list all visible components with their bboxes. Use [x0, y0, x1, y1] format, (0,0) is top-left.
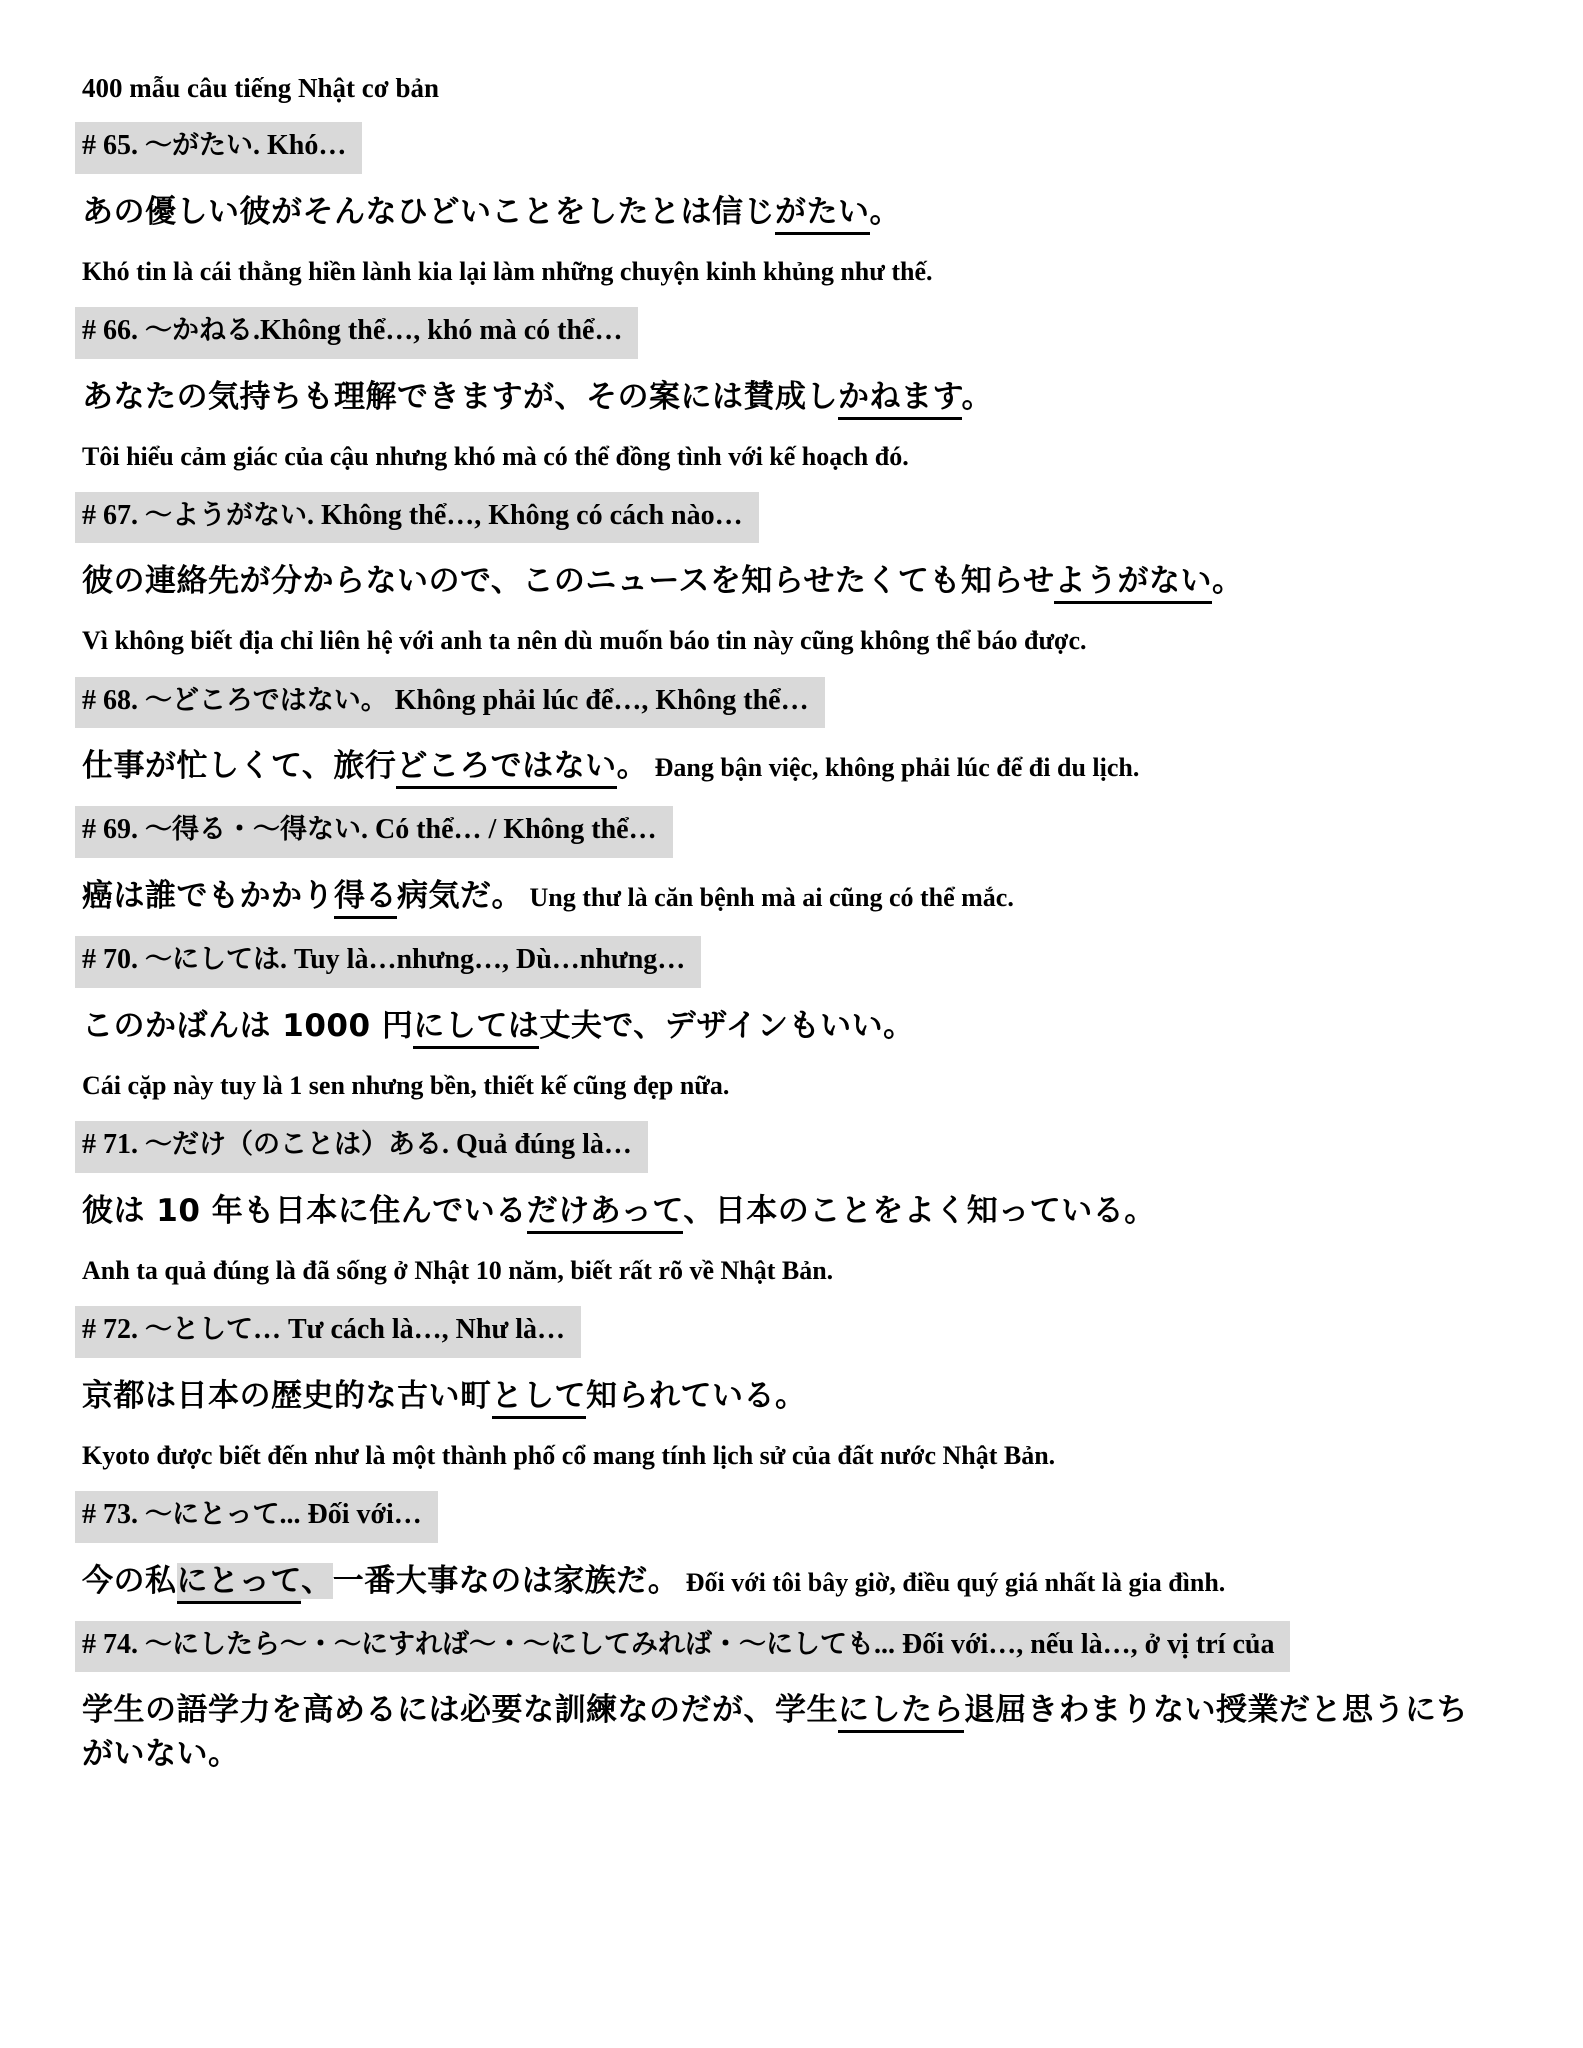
example-text-before-keyword: 彼は 10 年も日本に住んでいる	[82, 1193, 527, 1229]
translation-vietnamese: Anh ta quả đúng là đã sống ở Nhật 10 năm…	[82, 1253, 1483, 1288]
example-sentence: 彼は 10 年も日本に住んでいるだけあって、日本のことをよく知っている。	[82, 1189, 1483, 1233]
entry-header-highlighted: # 68. ～どころではない。 Không phải lúc để…, Khôn…	[75, 677, 825, 729]
entry-header-highlighted: # 69. ～得る・～得ない. Có thể… / Không thể…	[75, 806, 673, 858]
example-text-after-keyword: 、日本のことをよく知っている。	[683, 1193, 1156, 1229]
entry-meaning-vietnamese: . Khó…	[253, 130, 346, 161]
entry-header-highlighted: # 71. ～だけ（のことは）ある. Quả đúng là…	[75, 1121, 648, 1173]
grammar-entry: # 65. ～がたい. Khó… あの優しい彼がそんなひどいことをしたとは信じが…	[82, 122, 1483, 289]
example-text-before-keyword: 学生の語学力を高めるには必要な訓練なのだが、学生	[82, 1692, 838, 1728]
entry-pattern-japanese: ～かねる	[145, 315, 253, 346]
example-keyword-underlined: 得る	[334, 878, 397, 919]
translation-vietnamese: Vì không biết địa chỉ liên hệ với anh ta…	[82, 623, 1483, 658]
entry-meaning-vietnamese: .Không thể…, khó mà có thể…	[253, 315, 622, 346]
entry-pattern-japanese: ～どころではない。	[145, 685, 388, 716]
entry-number: # 66.	[82, 315, 145, 346]
example-text-after-keyword: 。	[870, 194, 902, 230]
example-sentence: あの優しい彼がそんなひどいことをしたとは信じがたい。	[82, 190, 1483, 234]
entry-header-highlighted: # 70. ～にしては. Tuy là…nhưng…, Dù…nhưng…	[75, 936, 701, 988]
entry-meaning-vietnamese: … Tư cách là…, Như là…	[253, 1314, 565, 1345]
entry-header-highlighted: # 65. ～がたい. Khó…	[75, 122, 362, 174]
grammar-entry: # 72. ～として… Tư cách là…, Như là… 京都は日本の歴…	[82, 1306, 1483, 1473]
entry-pattern-japanese: ～ようがない	[145, 500, 307, 531]
example-text-after-keyword: 知られている。	[586, 1378, 807, 1414]
entry-pattern-japanese: ～得る・～得ない	[145, 814, 361, 845]
entry-meaning-vietnamese: . Không thể…, Không có cách nào…	[307, 500, 743, 531]
grammar-entry: # 68. ～どころではない。 Không phải lúc để…, Khôn…	[82, 677, 1483, 789]
entry-number: # 68.	[82, 685, 145, 716]
example-text-before-keyword: あなたの気持ちも理解できますが、その案には賛成し	[82, 379, 838, 415]
grammar-entry: # 70. ～にしては. Tuy là…nhưng…, Dù…nhưng… この…	[82, 936, 1483, 1103]
translation-vietnamese: Cái cặp này tuy là 1 sen nhưng bền, thiế…	[82, 1068, 1483, 1103]
example-highlighted-tail: 、	[301, 1563, 333, 1599]
example-text-after-keyword: 丈夫で、デザインもいい。	[539, 1008, 914, 1044]
example-text-before-keyword: あの優しい彼がそんなひどいことをしたとは信じ	[82, 194, 775, 230]
document-title: 400 mẫu câu tiếng Nhật cơ bản	[82, 70, 1483, 108]
example-text-before-keyword: 癌は誰でもかかり	[82, 878, 334, 914]
example-keyword-underlined: かねます	[838, 379, 962, 420]
example-inline-translation: Ung thư là căn bệnh mà ai cũng có thể mắ…	[523, 883, 1014, 912]
entry-meaning-vietnamese: . Tuy là…nhưng…, Dù…nhưng…	[280, 944, 685, 975]
entry-number: # 74.	[82, 1629, 145, 1660]
example-sentence: 彼の連絡先が分からないので、このニュースを知らせたくても知らせようがない。	[82, 559, 1483, 603]
example-keyword-underlined: として	[492, 1378, 587, 1419]
entry-pattern-japanese: ～だけ（のことは）ある	[145, 1129, 442, 1160]
example-inline-translation: Đối với tôi bây giờ, điều quý giá nhất l…	[679, 1568, 1225, 1597]
example-sentence: 京都は日本の歴史的な古い町として知られている。	[82, 1374, 1483, 1418]
entry-pattern-japanese: ～にとって	[145, 1499, 279, 1530]
example-text-after-keyword: 一番大事なのは家族だ。	[333, 1563, 680, 1599]
entry-meaning-vietnamese: . Có thể… / Không thể…	[361, 814, 657, 845]
example-sentence: このかばんは 1000 円にしては丈夫で、デザインもいい。	[82, 1004, 1483, 1048]
grammar-entry: # 74. ～にしたら～・～にすれば～・～にしてみれば・～にしても... Đối…	[82, 1621, 1483, 1777]
entry-pattern-japanese: ～にしては	[145, 944, 280, 975]
entry-header-highlighted: # 73. ～にとって... Đối với…	[75, 1491, 438, 1543]
entry-header-highlighted: # 67. ～ようがない. Không thể…, Không có cách …	[75, 492, 759, 544]
example-text-after-keyword: 。	[1212, 563, 1244, 599]
grammar-entry-list: # 65. ～がたい. Khó… あの優しい彼がそんなひどいことをしたとは信じが…	[82, 122, 1483, 1777]
entry-meaning-vietnamese: ... Đối với…, nếu là…, ở vị trí của	[874, 1629, 1274, 1660]
entry-header-highlighted: # 72. ～として… Tư cách là…, Như là…	[75, 1306, 581, 1358]
example-sentence: 今の私にとって、一番大事なのは家族だ。 Đối với tôi bây giờ,…	[82, 1559, 1483, 1603]
entry-meaning-vietnamese: ... Đối với…	[279, 1499, 421, 1530]
entry-number: # 67.	[82, 500, 145, 531]
example-sentence: 仕事が忙しくて、旅行どころではない。 Đang bận việc, không …	[82, 744, 1483, 788]
entry-number: # 69.	[82, 814, 145, 845]
example-text-before-keyword: このかばんは 1000 円	[82, 1008, 413, 1044]
example-keyword-underlined: にしたら	[838, 1692, 964, 1733]
entry-number: # 70.	[82, 944, 145, 975]
example-text-after-keyword: 。	[617, 748, 649, 784]
example-text-before-keyword: 今の私	[82, 1563, 177, 1599]
grammar-entry: # 66. ～かねる.Không thể…, khó mà có thể… あな…	[82, 307, 1483, 474]
translation-vietnamese: Kyoto được biết đến như là một thành phố…	[82, 1438, 1483, 1473]
example-text-before-keyword: 仕事が忙しくて、旅行	[82, 748, 396, 784]
example-inline-translation: Đang bận việc, không phải lúc để đi du l…	[648, 753, 1139, 782]
entry-pattern-japanese: ～にしたら～・～にすれば～・～にしてみれば・～にしても	[145, 1629, 874, 1660]
example-text-after-keyword: 病気だ。	[397, 878, 523, 914]
grammar-entry: # 67. ～ようがない. Không thể…, Không có cách …	[82, 492, 1483, 659]
grammar-entry: # 73. ～にとって... Đối với… 今の私にとって、一番大事なのは家…	[82, 1491, 1483, 1603]
example-keyword-underlined: だけあって	[527, 1193, 684, 1234]
example-sentence: あなたの気持ちも理解できますが、その案には賛成しかねます。	[82, 375, 1483, 419]
entry-number: # 72.	[82, 1314, 145, 1345]
example-keyword-underlined: にとって	[177, 1563, 302, 1604]
example-keyword-underlined: にしては	[413, 1008, 539, 1049]
example-sentence: 癌は誰でもかかり得る病気だ。 Ung thư là căn bệnh mà ai…	[82, 874, 1483, 918]
entry-number: # 71.	[82, 1129, 145, 1160]
entry-meaning-vietnamese: . Quả đúng là…	[442, 1129, 632, 1160]
example-sentence: 学生の語学力を高めるには必要な訓練なのだが、学生にしたら退屈きわまりない授業だと…	[82, 1688, 1483, 1776]
entry-number: # 65.	[82, 130, 145, 161]
entry-pattern-japanese: ～として	[145, 1314, 253, 1345]
translation-vietnamese: Tôi hiểu cảm giác của cậu nhưng khó mà c…	[82, 439, 1483, 474]
entry-header-highlighted: # 66. ～かねる.Không thể…, khó mà có thể…	[75, 307, 638, 359]
grammar-entry: # 69. ～得る・～得ない. Có thể… / Không thể… 癌は誰…	[82, 806, 1483, 918]
example-keyword-underlined: どころではない	[396, 748, 616, 789]
entry-meaning-vietnamese: Không phải lúc để…, Không thể…	[388, 685, 809, 716]
grammar-entry: # 71. ～だけ（のことは）ある. Quả đúng là… 彼は 10 年も…	[82, 1121, 1483, 1288]
entry-header-highlighted: # 74. ～にしたら～・～にすれば～・～にしてみれば・～にしても... Đối…	[75, 1621, 1290, 1673]
example-text-before-keyword: 京都は日本の歴史的な古い町	[82, 1378, 492, 1414]
example-keyword-underlined: ようがない	[1054, 563, 1212, 604]
example-keyword-underlined: がたい	[775, 194, 870, 235]
example-text-after-keyword: 。	[962, 379, 994, 415]
entry-number: # 73.	[82, 1499, 145, 1530]
example-text-before-keyword: 彼の連絡先が分からないので、このニュースを知らせたくても知らせ	[82, 563, 1054, 599]
entry-pattern-japanese: ～がたい	[145, 130, 253, 161]
document-page: 400 mẫu câu tiếng Nhật cơ bản # 65. ～がたい…	[0, 0, 1583, 2048]
translation-vietnamese: Khó tin là cái thằng hiền lành kia lại l…	[82, 254, 1483, 289]
